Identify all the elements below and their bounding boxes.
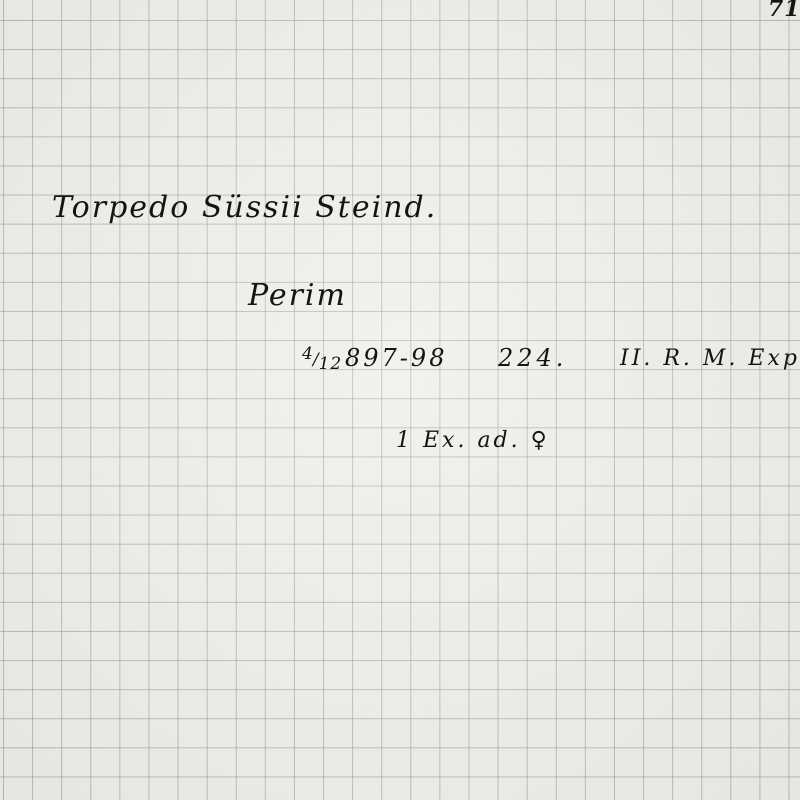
catalog-number: 224. <box>498 344 567 372</box>
paper-shading <box>0 0 800 800</box>
expedition: II. R. M. Exp. <box>620 346 800 371</box>
collection-date-day-month: 4/12 <box>302 350 342 370</box>
date-month: 12 <box>319 354 343 374</box>
specimen-count: 1 Ex. ad. ♀ <box>396 428 550 453</box>
page-number: 713 <box>768 0 800 22</box>
date-day: 4 <box>302 344 314 364</box>
collection-year: 897-98 <box>345 344 447 372</box>
locality: Perim <box>248 278 347 313</box>
specimen-name: Torpedo Süssii Steind. <box>52 190 437 225</box>
